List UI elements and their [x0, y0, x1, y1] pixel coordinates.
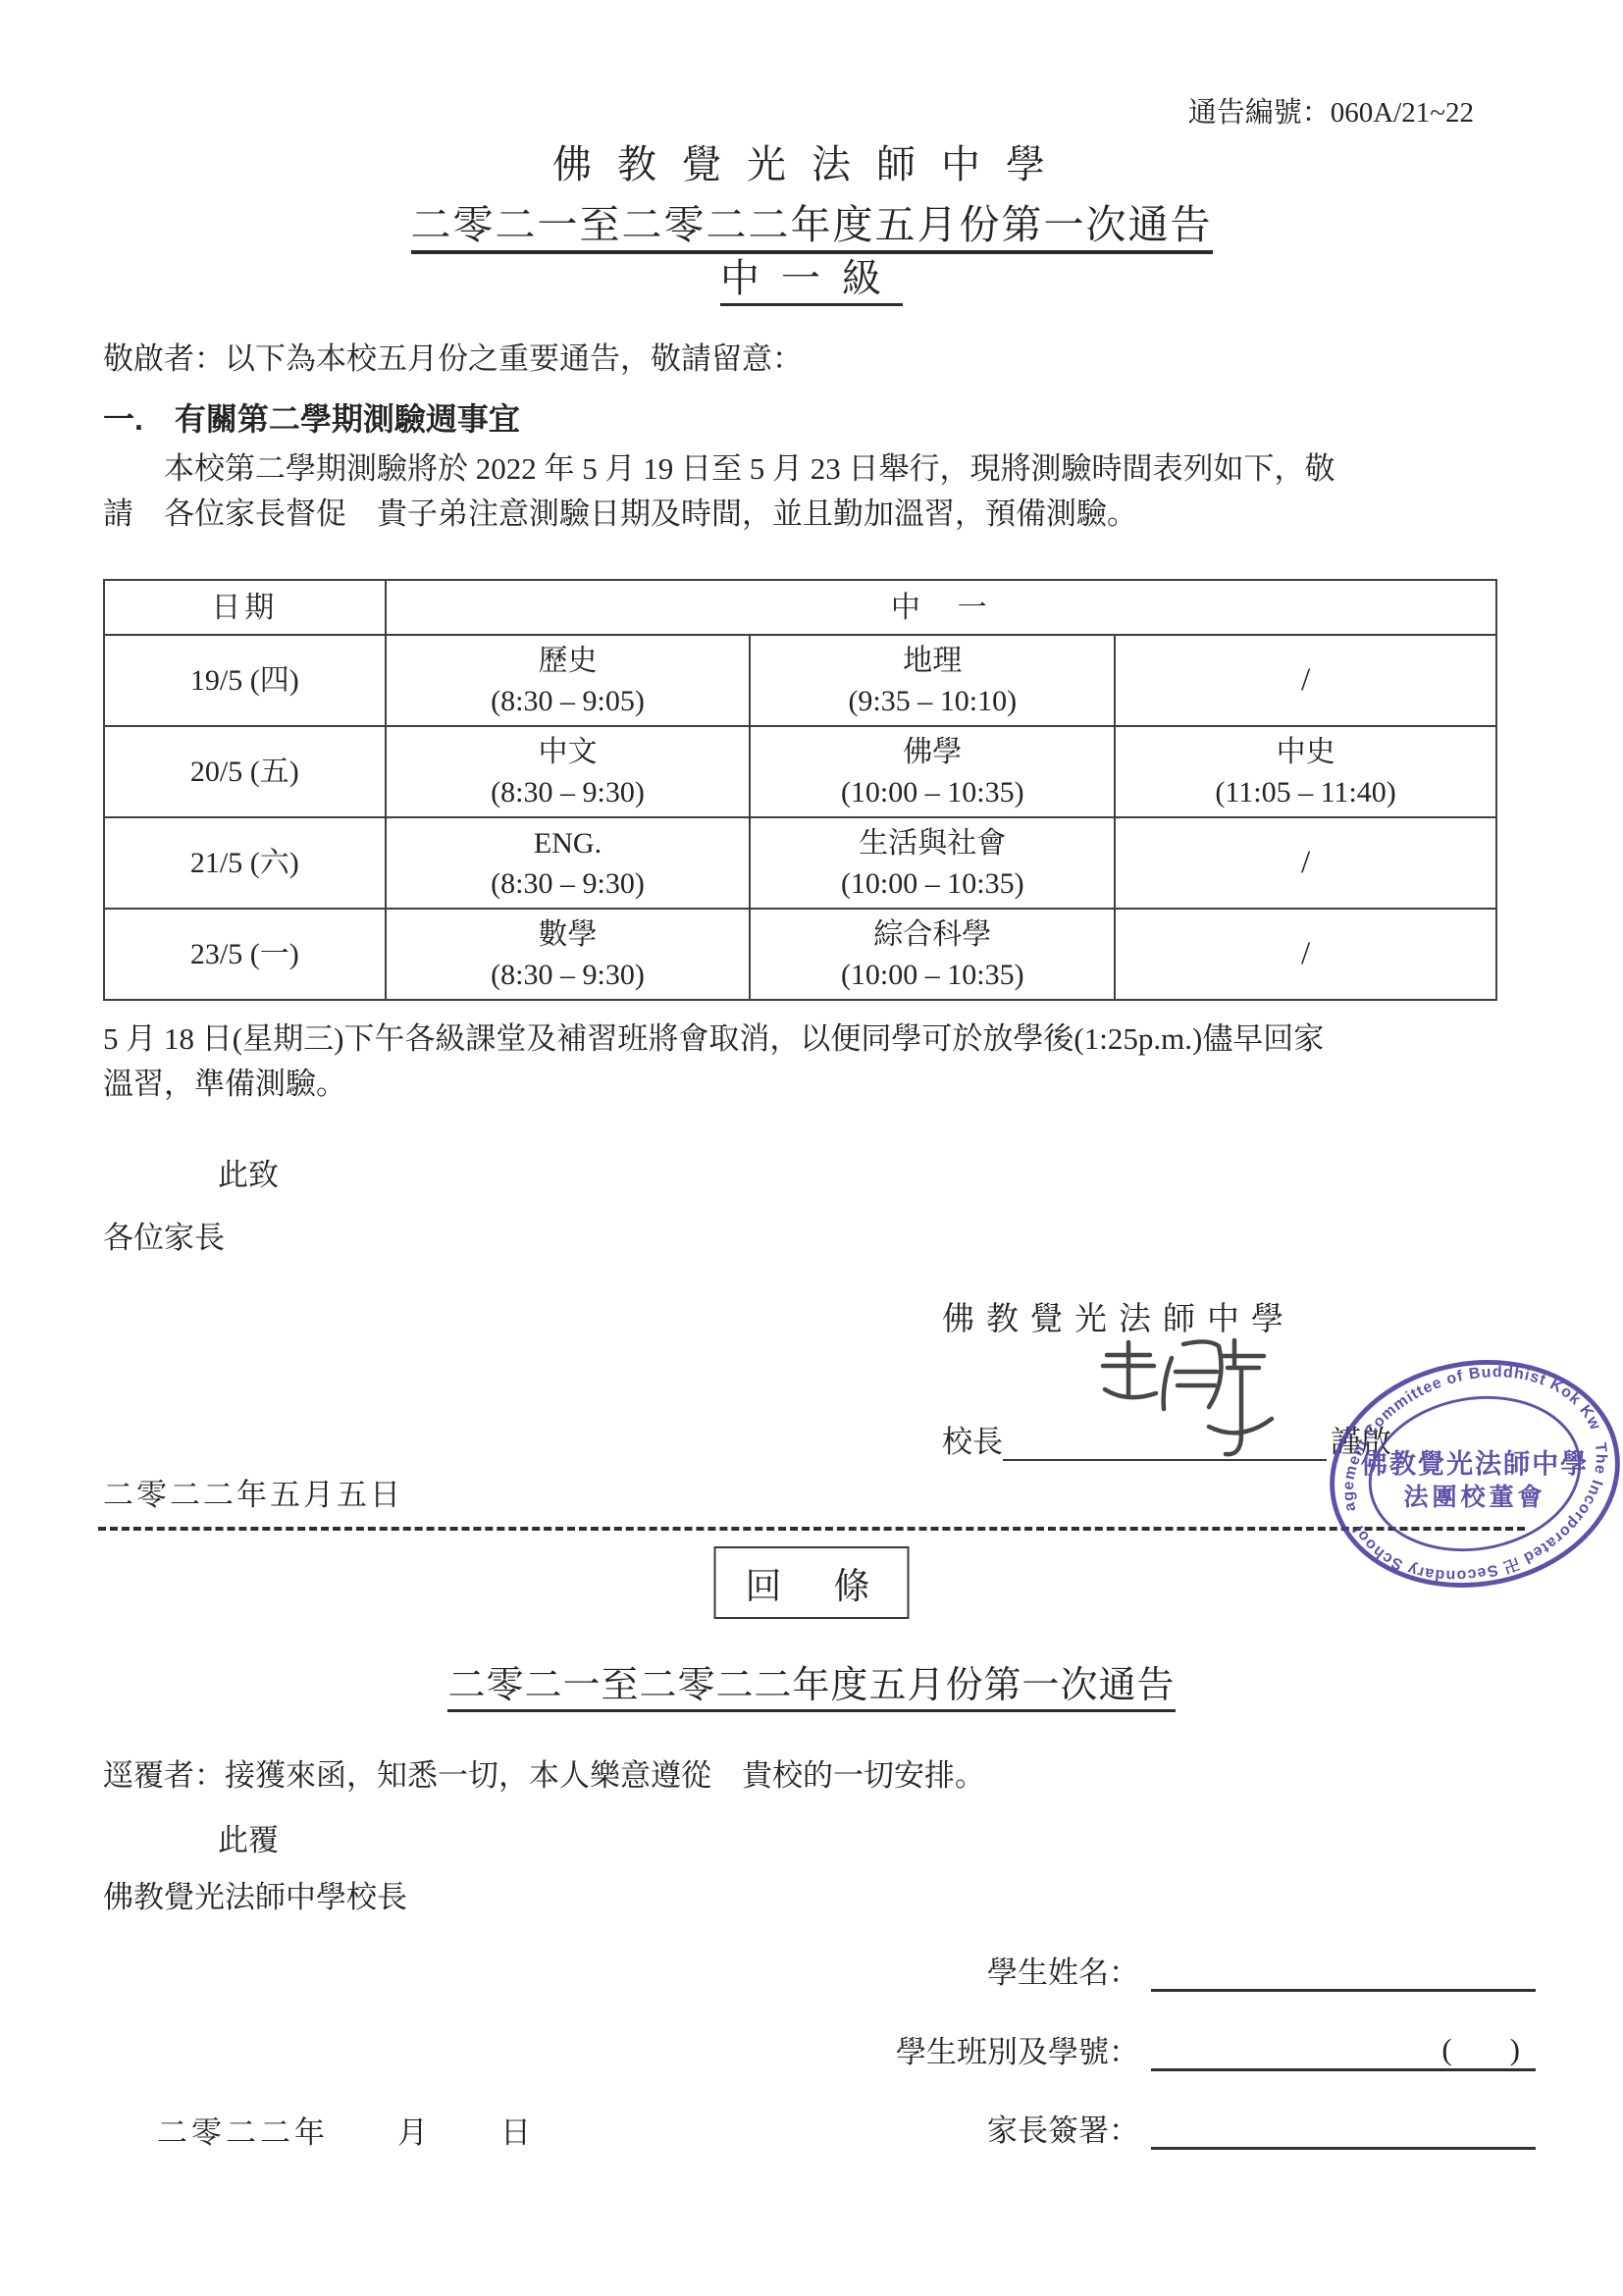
salutation: 敬啟者：以下為本校五月份之重要通告，敬請留意：	[103, 334, 1515, 378]
reply-cifu: 此覆	[218, 1815, 279, 1859]
tear-off-dashed-line	[98, 1527, 1525, 1531]
exam-timetable-wrapper: 日期 中 一 19/5 (四) 歷史 (8:30 – 9:05) 地理 (9:3…	[103, 579, 1497, 1001]
school-title: 佛教覺光法師中學	[0, 133, 1623, 189]
school-stamp: Management Committee of Buddhist Kok Kwo…	[1323, 1350, 1623, 1597]
col-header-date: 日期	[104, 580, 386, 635]
reply-subtitle: 二零二一至二零二二年度五月份第一次通告	[0, 1654, 1623, 1708]
reply-addressee: 佛教覺光法師中學校長	[103, 1872, 407, 1916]
class-level-text: 中一級	[720, 256, 903, 306]
exam-slot: 中史 (11:05 – 11:40)	[1115, 726, 1496, 817]
exam-slot: 佛學 (10:00 – 10:35)	[750, 726, 1115, 817]
parent-signature-row: 家長簽署：	[987, 2106, 1536, 2150]
exam-slot: 地理 (9:35 – 10:10)	[750, 635, 1115, 726]
exam-date: 21/5 (六)	[104, 817, 386, 909]
notice-title: 二零二一至二零二二年度五月份第一次通告	[0, 192, 1623, 250]
stamp-center-line2: 法團校董會	[1403, 1483, 1545, 1511]
closing-cizhi: 此致	[218, 1150, 279, 1194]
class-number-label: 學生班別及學號：	[896, 2027, 1139, 2071]
student-name-row: 學生姓名：	[987, 1948, 1536, 1992]
parent-signature-blank-line	[1151, 2108, 1536, 2150]
issue-date: 二零二二年五月五日	[103, 1470, 403, 1514]
closing-recipients: 各位家長	[103, 1213, 225, 1257]
reply-slip-box: 回 條	[714, 1546, 910, 1619]
table-row: 21/5 (六) ENG. (8:30 – 9:30) 生活與社會 (10:00…	[104, 817, 1496, 909]
exam-slot: /	[1115, 909, 1496, 1000]
table-row: 23/5 (一) 數學 (8:30 – 9:30) 綜合科學 (10:00 – …	[104, 909, 1496, 1000]
exam-slot: /	[1115, 635, 1496, 726]
exam-slot: 中文 (8:30 – 9:30)	[386, 726, 751, 817]
exam-date: 20/5 (五)	[104, 726, 386, 817]
reply-slip-title: 回 條	[746, 1567, 878, 1607]
student-name-label: 學生姓名：	[987, 1948, 1139, 1992]
reply-body: 逕覆者：接獲來函，知悉一切，本人樂意遵從 貴校的一切安排。	[103, 1750, 1515, 1795]
table-row: 20/5 (五) 中文 (8:30 – 9:30) 佛學 (10:00 – 10…	[104, 726, 1496, 817]
exam-slot: 生活與社會 (10:00 – 10:35)	[750, 817, 1115, 909]
table-row: 19/5 (四) 歷史 (8:30 – 9:05) 地理 (9:35 – 10:…	[104, 635, 1496, 726]
principal-signature	[1089, 1331, 1285, 1473]
principal-label: 校長	[942, 1417, 1003, 1461]
exam-slot: 綜合科學 (10:00 – 10:35)	[750, 909, 1115, 1000]
student-name-blank-line	[1151, 1950, 1536, 1992]
class-number-parentheses: ( )	[1441, 2024, 1536, 2068]
exam-timetable: 日期 中 一 19/5 (四) 歷史 (8:30 – 9:05) 地理 (9:3…	[103, 579, 1497, 1001]
exam-slot: 歷史 (8:30 – 9:05)	[386, 635, 751, 726]
notice-number: 通告編號：060A/21~22	[1188, 90, 1474, 130]
exam-date: 23/5 (一)	[104, 909, 386, 1000]
class-number-blank-line: ( )	[1151, 2029, 1536, 2071]
exam-slot: /	[1115, 817, 1496, 909]
exam-slot: 數學 (8:30 – 9:30)	[386, 909, 751, 1000]
reply-date: 二零二二年 月 日	[157, 2108, 535, 2152]
reply-subtitle-text: 二零二一至二零二二年度五月份第一次通告	[447, 1665, 1175, 1712]
note-paragraph: 5 月 18 日(星期三)下午各級課堂及補習班將會取消，以便同學可於放學後(1:…	[103, 1017, 1515, 1107]
class-level: 中一級	[0, 247, 1623, 303]
section-heading: 一. 有關第二學期測驗週事宜	[103, 394, 1515, 440]
scanned-school-notice: 通告編號：060A/21~22 佛教覺光法師中學 二零二一至二零二二年度五月份第…	[0, 0, 1623, 2296]
section-body: 本校第二學期測驗將於 2022 年 5 月 19 日至 5 月 23 日舉行，現…	[103, 446, 1515, 537]
exam-date: 19/5 (四)	[104, 635, 386, 726]
col-header-level: 中 一	[386, 580, 1496, 635]
class-number-row: 學生班別及學號： ( )	[896, 2027, 1536, 2071]
stamp-center-line1: 佛教覺光法師中學	[1361, 1449, 1589, 1479]
parent-signature-label: 家長簽署：	[987, 2106, 1139, 2150]
exam-slot: ENG. (8:30 – 9:30)	[386, 817, 751, 909]
